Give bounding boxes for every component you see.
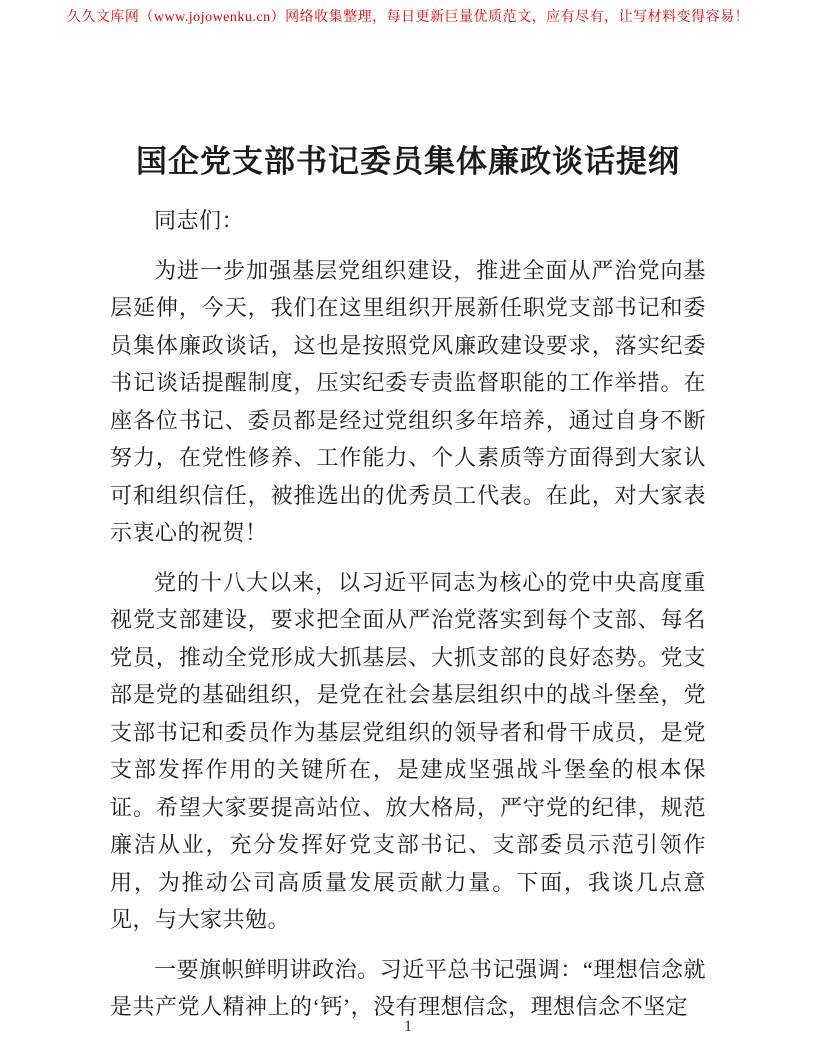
paragraph-2: 党的十八大以来，以习近平同志为核心的党中央高度重视党支部建设，要求把全面从严治党… xyxy=(110,564,706,939)
document-title: 国企党支部书记委员集体廉政谈话提纲 xyxy=(110,142,706,182)
site-watermark-notice: 久久文库网（www.jojowenku.cn）网络收集整理，每日更新巨量优质范文… xyxy=(0,6,816,26)
salutation: 同志们： xyxy=(110,202,706,240)
paragraph-3: 一要旗帜鲜明讲政治。习近平总书记强调：“理想信念就是共产党人精神上的‘钙’，没有… xyxy=(110,951,706,1026)
document-body: 国企党支部书记委员集体廉政谈话提纲 同志们： 为进一步加强基层党组织建设，推进全… xyxy=(110,142,706,1038)
paragraph-1: 为进一步加强基层党组织建设，推进全面从严治党向基层延伸，今天，我们在这里组织开展… xyxy=(110,252,706,552)
document-page: 久久文库网（www.jojowenku.cn）网络收集整理，每日更新巨量优质范文… xyxy=(0,0,816,1056)
page-number: 1 xyxy=(0,1018,816,1036)
